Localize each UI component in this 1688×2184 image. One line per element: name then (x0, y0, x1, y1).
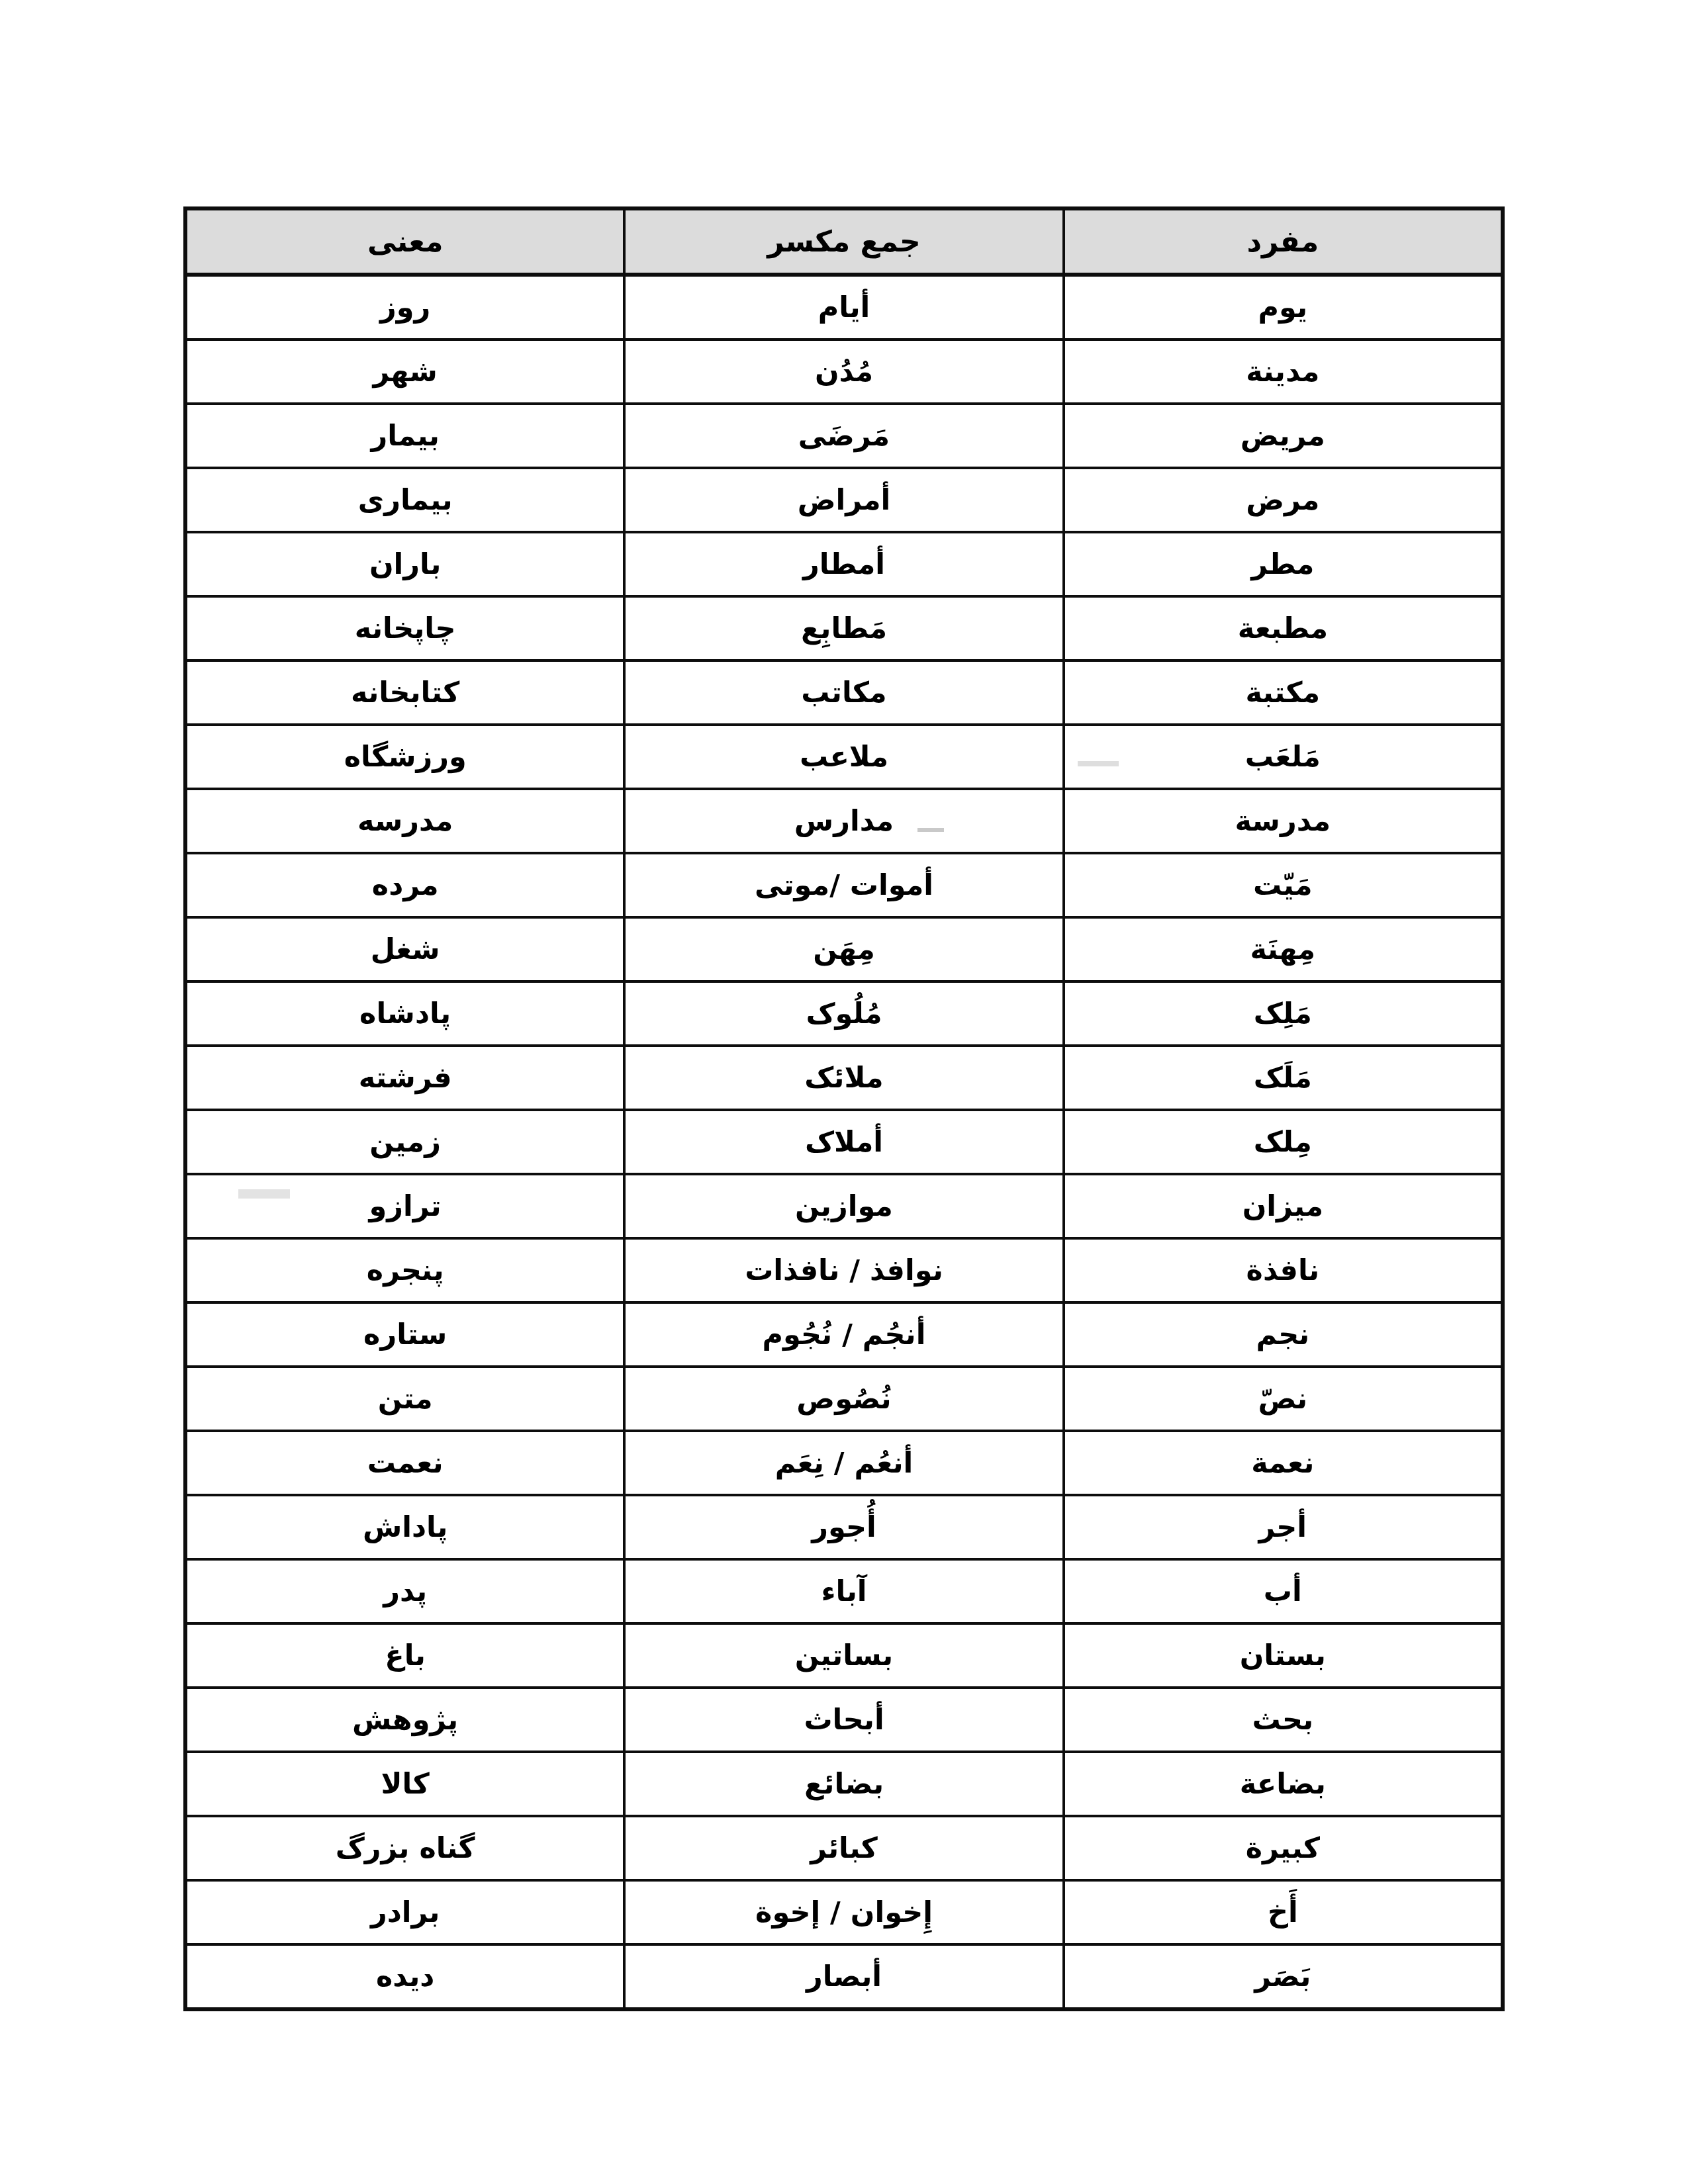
table-header: مفرد جمع مكسر معنى (185, 208, 1503, 275)
singular-cell: نجم (1064, 1302, 1503, 1367)
plural-cell: مَطابِع (624, 596, 1063, 660)
plural-cell: كبائر (624, 1816, 1063, 1880)
table-row: مرض أمراض بیماری (185, 468, 1503, 532)
plural-cell: مَرضَى (624, 404, 1063, 468)
plural-cell: موازين (624, 1174, 1063, 1238)
plural-cell: بساتين (624, 1623, 1063, 1688)
header-row: مفرد جمع مكسر معنى (185, 208, 1503, 275)
plural-cell: أنعُم / نِعَم (624, 1431, 1063, 1495)
plural-cell: مُلُوک (624, 981, 1063, 1046)
meaning-cell: پادشاه (185, 981, 624, 1046)
singular-cell: ميزان (1064, 1174, 1503, 1238)
table-row: مطبعة مَطابِع چاپخانه (185, 596, 1503, 660)
meaning-cell: باغ (185, 1623, 624, 1688)
header-plural: جمع مكسر (624, 208, 1063, 275)
table-row: بضاعة بضائع کالا (185, 1752, 1503, 1816)
plural-cell: إِخوان / إخوة (624, 1880, 1063, 1944)
singular-cell: مَلعَب (1064, 725, 1503, 789)
meaning-cell: بیمار (185, 404, 624, 468)
header-singular: مفرد (1064, 208, 1503, 275)
table-row: مدرسة مدارس مدرسه (185, 789, 1503, 853)
table-row: مريض مَرضَى بیمار (185, 404, 1503, 468)
table-row: نجم أنجُم / نُجُوم ستاره (185, 1302, 1503, 1367)
meaning-cell: فرشته (185, 1046, 624, 1110)
singular-cell: مرض (1064, 468, 1503, 532)
singular-cell: مطر (1064, 532, 1503, 596)
table-row: يوم أيام روز (185, 275, 1503, 340)
plural-cell: أيام (624, 275, 1063, 340)
singular-cell: أَخ (1064, 1880, 1503, 1944)
singular-cell: مريض (1064, 404, 1503, 468)
table-row: مِلک أملاک زمین (185, 1110, 1503, 1174)
table-body: يوم أيام روز مدينة مُدُن شهر مريض مَرضَى… (185, 275, 1503, 2009)
table-row: بحث أبحاث پژوهش (185, 1688, 1503, 1752)
singular-cell: مدرسة (1064, 789, 1503, 853)
meaning-cell: پدر (185, 1559, 624, 1623)
table-row: مَلَک ملائک فرشته (185, 1046, 1503, 1110)
plural-cell: أمراض (624, 468, 1063, 532)
plural-cell: ملاعب (624, 725, 1063, 789)
meaning-cell: گناه بزرگ (185, 1816, 624, 1880)
meaning-cell: متن (185, 1367, 624, 1431)
plural-cell: مِهَن (624, 917, 1063, 981)
plural-cell: نوافذ / نافذات (624, 1238, 1063, 1302)
meaning-cell: پژوهش (185, 1688, 624, 1752)
meaning-cell: نعمت (185, 1431, 624, 1495)
meaning-cell: پاداش (185, 1495, 624, 1559)
singular-cell: مَلَک (1064, 1046, 1503, 1110)
table-row: أجر أُجور پاداش (185, 1495, 1503, 1559)
table-row: مكتبة مكاتب کتابخانه (185, 660, 1503, 725)
meaning-cell: ستاره (185, 1302, 624, 1367)
meaning-cell: باران (185, 532, 624, 596)
plural-cell: آباء (624, 1559, 1063, 1623)
plural-cell: بضائع (624, 1752, 1063, 1816)
table-row: كبيرة كبائر گناه بزرگ (185, 1816, 1503, 1880)
table-row: مدينة مُدُن شهر (185, 340, 1503, 404)
singular-cell: مِلک (1064, 1110, 1503, 1174)
singular-cell: أجر (1064, 1495, 1503, 1559)
singular-cell: مِهنَة (1064, 917, 1503, 981)
meaning-cell: کالا (185, 1752, 624, 1816)
plural-cell: أبصار (624, 1944, 1063, 2009)
table-row: نصّ نُصُوص متن (185, 1367, 1503, 1431)
singular-cell: كبيرة (1064, 1816, 1503, 1880)
table-row: مَيّت أموات /موتى مرده (185, 853, 1503, 917)
meaning-cell: زمین (185, 1110, 624, 1174)
singular-cell: مَلِک (1064, 981, 1503, 1046)
table-row: بستان بساتين باغ (185, 1623, 1503, 1688)
plural-cell: أمطار (624, 532, 1063, 596)
plural-cell: أموات /موتى (624, 853, 1063, 917)
meaning-cell: مرده (185, 853, 624, 917)
meaning-cell: شهر (185, 340, 624, 404)
plural-cell: ملائک (624, 1046, 1063, 1110)
plural-cell: أنجُم / نُجُوم (624, 1302, 1063, 1367)
table-row: مَلِک مُلُوک پادشاه (185, 981, 1503, 1046)
scanned-page: مفرد جمع مكسر معنى يوم أيام روز مدينة مُ… (0, 0, 1688, 2184)
table-row: ميزان موازين ترازو (185, 1174, 1503, 1238)
singular-cell: نافذة (1064, 1238, 1503, 1302)
plural-cell: أملاک (624, 1110, 1063, 1174)
meaning-cell: مدرسه (185, 789, 624, 853)
plural-cell: مُدُن (624, 340, 1063, 404)
header-meaning: معنى (185, 208, 624, 275)
singular-cell: نعمة (1064, 1431, 1503, 1495)
singular-cell: بضاعة (1064, 1752, 1503, 1816)
table-row: نافذة نوافذ / نافذات پنجره (185, 1238, 1503, 1302)
plural-cell: مدارس (624, 789, 1063, 853)
table-row: أب آباء پدر (185, 1559, 1503, 1623)
singular-cell: نصّ (1064, 1367, 1503, 1431)
singular-cell: مدينة (1064, 340, 1503, 404)
meaning-cell: ترازو (185, 1174, 624, 1238)
singular-cell: بستان (1064, 1623, 1503, 1688)
table-row: مطر أمطار باران (185, 532, 1503, 596)
meaning-cell: روز (185, 275, 624, 340)
meaning-cell: چاپخانه (185, 596, 624, 660)
table-row: مِهنَة مِهَن شغل (185, 917, 1503, 981)
meaning-cell: دیده (185, 1944, 624, 2009)
singular-cell: مطبعة (1064, 596, 1503, 660)
meaning-cell: بیماری (185, 468, 624, 532)
singular-cell: بحث (1064, 1688, 1503, 1752)
meaning-cell: شغل (185, 917, 624, 981)
table-row: أَخ إِخوان / إخوة برادر (185, 1880, 1503, 1944)
singular-cell: مكتبة (1064, 660, 1503, 725)
plural-cell: أُجور (624, 1495, 1063, 1559)
table-row: نعمة أنعُم / نِعَم نعمت (185, 1431, 1503, 1495)
meaning-cell: ورزشگاه (185, 725, 624, 789)
meaning-cell: پنجره (185, 1238, 624, 1302)
singular-cell: مَيّت (1064, 853, 1503, 917)
singular-cell: أب (1064, 1559, 1503, 1623)
singular-cell: بَصَر (1064, 1944, 1503, 2009)
table-row: مَلعَب ملاعب ورزشگاه (185, 725, 1503, 789)
plural-cell: نُصُوص (624, 1367, 1063, 1431)
vocab-table: مفرد جمع مكسر معنى يوم أيام روز مدينة مُ… (183, 206, 1505, 2011)
plural-cell: أبحاث (624, 1688, 1063, 1752)
table-row: بَصَر أبصار دیده (185, 1944, 1503, 2009)
plural-cell: مكاتب (624, 660, 1063, 725)
meaning-cell: کتابخانه (185, 660, 624, 725)
singular-cell: يوم (1064, 275, 1503, 340)
meaning-cell: برادر (185, 1880, 624, 1944)
